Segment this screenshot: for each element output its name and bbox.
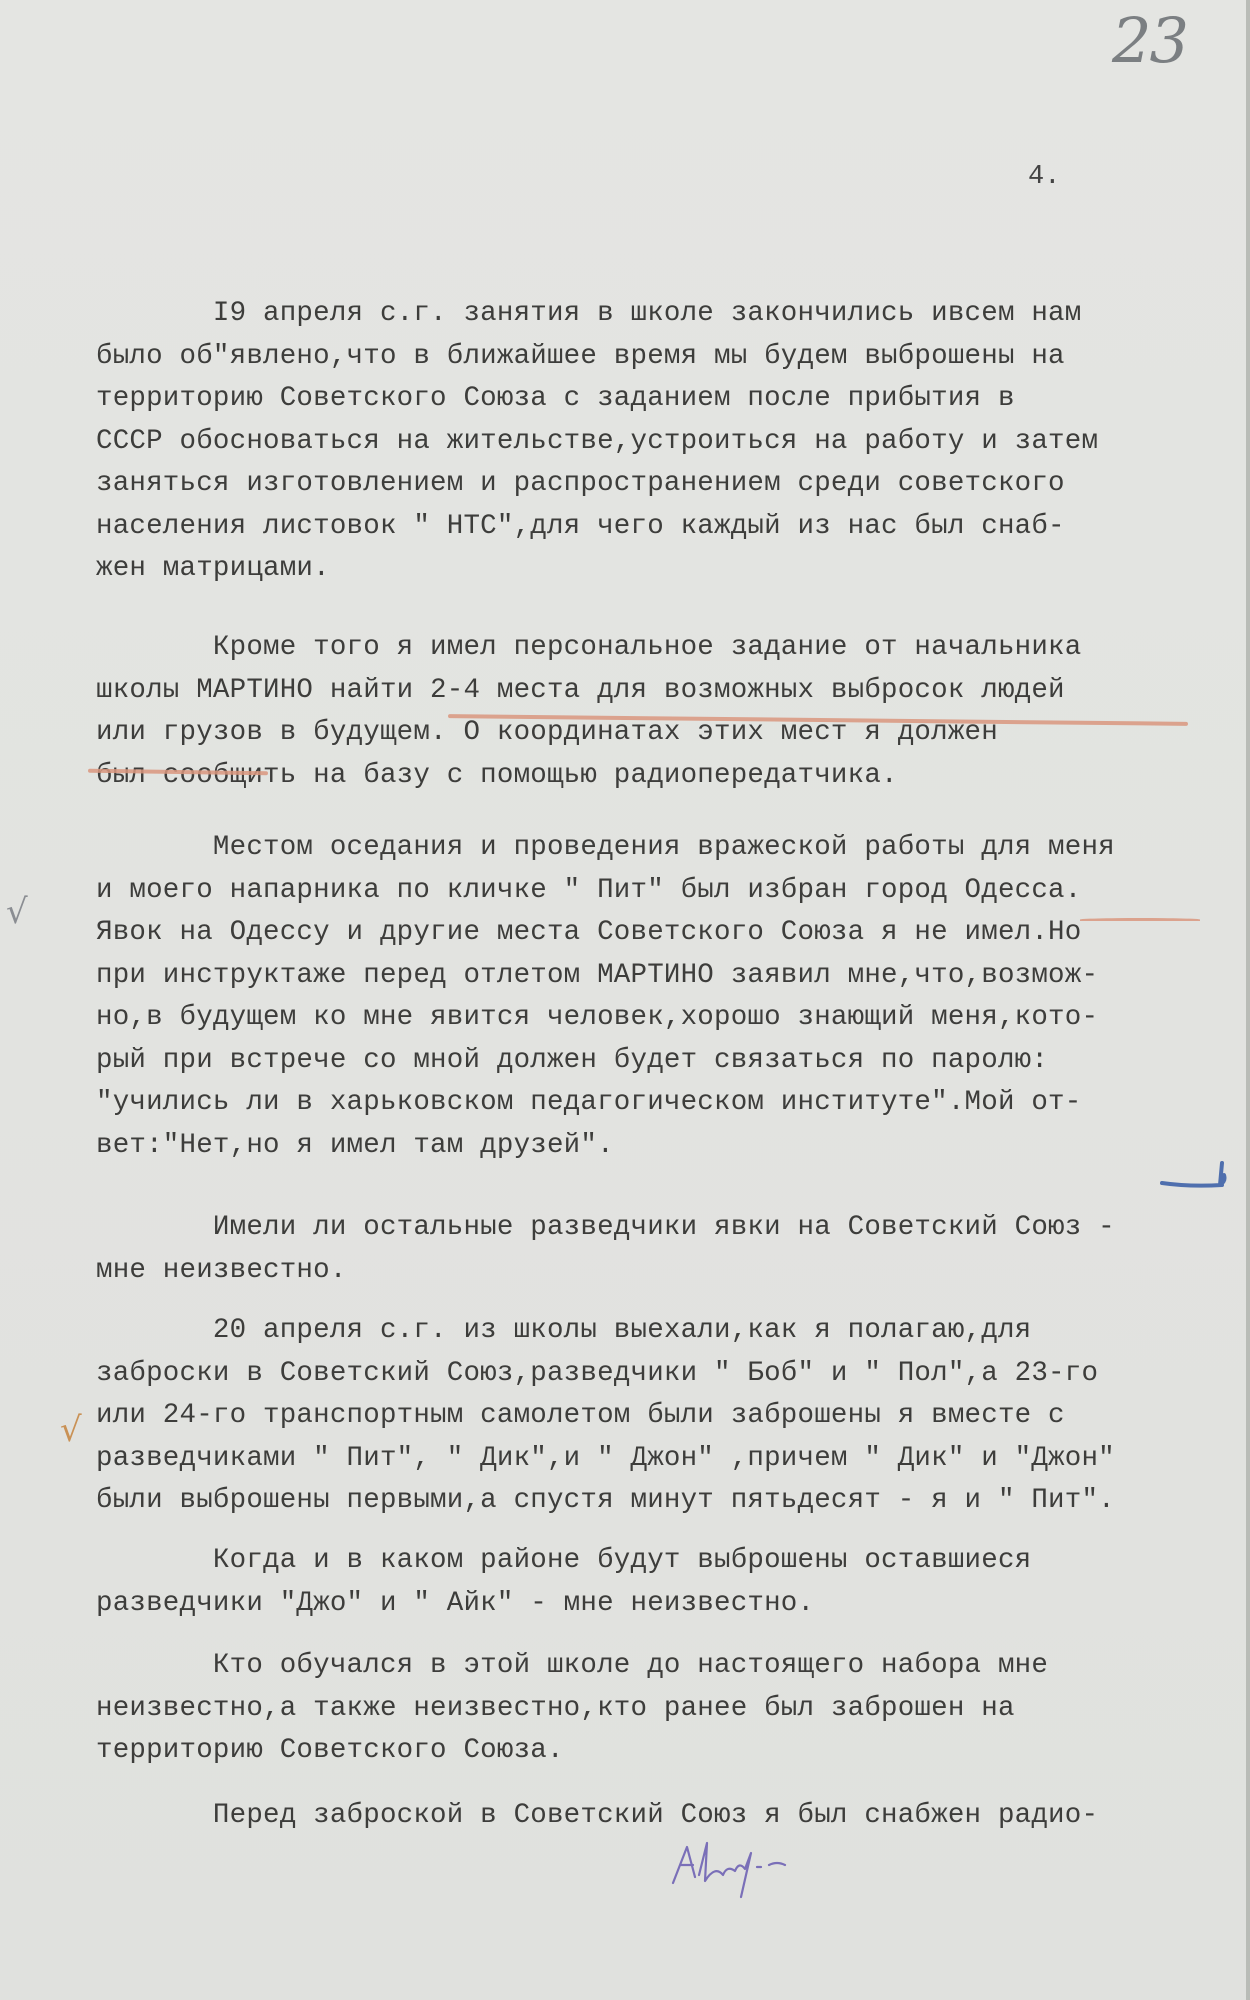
text-line: было об"явлено,что в ближайшее время мы … [96,341,1065,372]
text-line: рый при встрече со мной должен будет свя… [96,1045,1048,1076]
text-line: неизвестно,а также неизвестно,кто ранее … [96,1693,1015,1724]
text-line: разведчики "Джо" и " Айк" - мне неизвест… [96,1588,814,1619]
text-line: были выброшены первыми,а спустя минут пя… [96,1485,1115,1516]
red-underline-odessa [1080,918,1200,921]
text-line: школы МАРТИНО найти 2-4 места для возмож… [96,675,1065,706]
text-line: вет:"Нет,но я имел там друзей". [96,1130,614,1161]
blue-pencil-mark-icon [1160,1155,1230,1195]
text-line: территорию Советского Союза. [96,1735,564,1766]
text-line: был сообщить на базу с помощью радиопере… [96,760,898,791]
text-line: Местом оседания и проведения вражеской р… [96,832,1115,863]
page-number: 4. [1028,162,1060,192]
text-line: Кроме того я имел персональное задание о… [96,632,1081,663]
check-mark-icon: √ [60,1410,82,1450]
text-line: СССР обосноваться на жительстве,устроить… [96,426,1098,457]
check-mark-icon: √ [6,892,28,932]
document-page: 23 4. I9 апреля с.г. занятия в школе зак… [0,0,1250,2000]
text-line: 20 апреля с.г. из школы выехали,как я по… [96,1315,1031,1346]
text-line: или 24-го транспортным самолетом были за… [96,1400,1065,1431]
text-line: заброски в Советский Союз,разведчики " Б… [96,1358,1098,1389]
text-line: жен матрицами. [96,553,330,584]
page-edge [1246,0,1250,2000]
text-line: и моего напарника по кличке " Пит" был и… [96,875,1081,906]
text-line: заняться изготовлением и распространение… [96,468,1065,499]
text-line: Кто обучался в этой школе до настоящего … [96,1650,1048,1681]
folio-number: 23 [1112,4,1187,77]
text-line: населения листовок " НТС",для чего кажды… [96,511,1065,542]
text-line: Имели ли остальные разведчики явки на Со… [96,1212,1115,1243]
text-line: мне неизвестно. [96,1255,347,1286]
signature-icon [665,1835,805,1905]
text-line: Перед заброской в Советский Союз я был с… [96,1800,1098,1831]
text-line: Когда и в каком районе будут выброшены о… [96,1545,1031,1576]
text-line: Явок на Одессу и другие места Советского… [96,917,1081,948]
text-line: но,в будущем ко мне явится человек,хорош… [96,1002,1098,1033]
text-line: территорию Советского Союза с заданием п… [96,383,1015,414]
text-line: "учились ли в харьковском педагогическом… [96,1087,1081,1118]
text-line: разведчиками " Пит", " Дик",и " Джон" ,п… [96,1443,1115,1474]
text-line: при инструктаже перед отлетом МАРТИНО за… [96,960,1098,991]
text-line: I9 апреля с.г. занятия в школе закончили… [96,298,1081,329]
